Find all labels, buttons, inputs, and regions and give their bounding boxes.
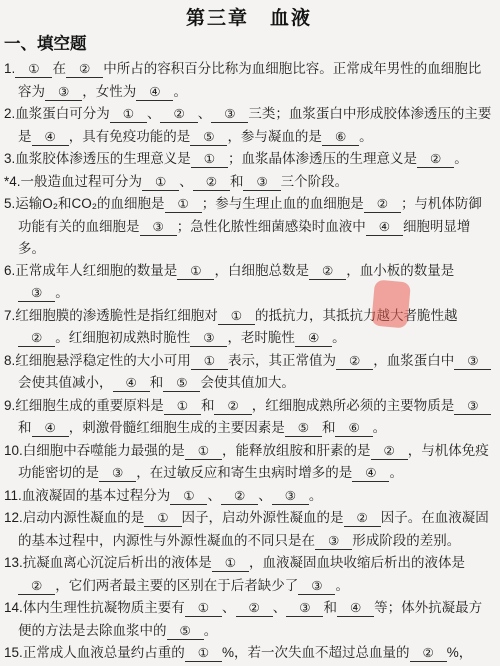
question-text: 白细胞中吞噬能力最强的是 [23, 443, 185, 458]
question-text: 、 [179, 174, 193, 189]
blank-field: ③ [454, 399, 491, 415]
question-number: *4. [4, 174, 21, 189]
blank-field: ② [66, 62, 103, 78]
blank-field: ③ [286, 601, 323, 617]
question-number: 3. [4, 151, 15, 166]
question-text: 。 [389, 465, 403, 480]
question-item: 15.正常成人血液总量约占重的①%，若一次失血不超过总血量的②%， [4, 642, 494, 665]
question-text: 和 [322, 420, 336, 435]
blank-field: ② [193, 175, 230, 191]
question-text: ，老时脆性 [227, 330, 295, 345]
question-number: 8. [4, 353, 15, 368]
blank-field: ③ [298, 579, 335, 595]
blank-field: ③ [272, 489, 309, 505]
blank-field: ② [371, 444, 408, 460]
blank-field: ③ [454, 354, 491, 370]
question-text: ，参与凝血的是 [227, 129, 322, 144]
blank-field: ① [142, 175, 179, 191]
blank-field: ④ [366, 220, 403, 236]
question-text: ，红细胞成熟所必须的主要物质是 [252, 398, 455, 413]
question-text: 红细胞膜的渗透脆性是指红细胞对 [15, 308, 218, 323]
question-text: ，它们两者最主要的区别在于后者缺少了 [55, 578, 298, 593]
worksheet-page: 第三章 血液 一、填空题 1.①在②中所占的容积百分比称为血细胞比容。正常成年男… [0, 0, 500, 665]
blank-field: ⑥ [335, 421, 372, 437]
question-text: 会使其值加大。 [200, 375, 295, 390]
blank-field: ② [18, 331, 55, 347]
question-text: %，若一次失血不超过总血量的 [222, 645, 410, 660]
question-text: 、 [222, 600, 236, 615]
question-text: 、 [147, 106, 161, 121]
blank-field: ③ [18, 286, 55, 302]
question-number: 12. [4, 510, 23, 525]
question-text: 。 [373, 420, 387, 435]
question-text: 。红细胞初成熟时脆性 [55, 330, 190, 345]
question-text: 。 [55, 285, 69, 300]
blank-field: ④ [32, 421, 69, 437]
section-heading: 一、填空题 [4, 34, 494, 56]
question-text: 。 [309, 488, 323, 503]
blank-field: ① [185, 444, 222, 460]
blank-field: ③ [99, 466, 136, 482]
blank-field: ⑤ [167, 624, 204, 640]
red-marked-text: 越大 [376, 308, 403, 323]
question-text: ，在过敏反应和寄生虫病时增多的是 [136, 465, 352, 480]
question-text: 血浆蛋白可分为 [15, 106, 110, 121]
question-item: 3.血浆胶体渗透压的生理意义是①；血浆晶体渗透压的生理意义是②。 [4, 148, 494, 171]
question-text: 和 [201, 398, 215, 413]
question-list: 1.①在②中所占的容积百分比称为血细胞比容。正常成年男性的血细胞比容为③，女性为… [4, 58, 494, 665]
blank-field: ② [344, 511, 381, 527]
question-item: 13.抗凝血离心沉淀后析出的液体是①，血液凝固血块收缩后析出的液体是②，它们两者… [4, 552, 494, 597]
blank-field: ① [15, 62, 52, 78]
question-number: 10. [4, 443, 23, 458]
blank-field: ① [185, 601, 222, 617]
question-text: ，女性为 [82, 84, 136, 99]
blank-field: ④ [352, 466, 389, 482]
blank-field: ① [165, 197, 202, 213]
blank-field: ③ [45, 85, 82, 101]
blank-field: ② [214, 399, 251, 415]
question-text: 。 [454, 151, 468, 166]
blank-field: ① [212, 556, 249, 572]
question-text: 形成阶段的差别。 [352, 533, 460, 548]
question-text: 因子，启动外源性凝血的是 [182, 510, 344, 525]
question-number: 5. [4, 196, 15, 211]
blank-field: ② [160, 107, 197, 123]
blank-field: ② [410, 646, 447, 662]
question-number: 14. [4, 600, 23, 615]
question-item: 11.血液凝固的基本过程分为①、②、③。 [4, 485, 494, 508]
question-text: 表示，其正常值为 [228, 353, 336, 368]
blank-field: ① [218, 309, 255, 325]
question-text: 抗凝血离心沉淀后析出的液体是 [23, 555, 212, 570]
question-text: ，血液凝固血块收缩后析出的液体是 [249, 555, 465, 570]
blank-field: ① [191, 354, 228, 370]
question-text: 三个阶段。 [281, 174, 349, 189]
blank-field: ② [18, 579, 55, 595]
blank-field: ② [221, 489, 258, 505]
blank-field: ① [110, 107, 147, 123]
question-text: 。 [173, 84, 187, 99]
blank-field: ② [236, 601, 273, 617]
blank-field: ⑤ [190, 130, 227, 146]
blank-field: ② [309, 264, 346, 280]
blank-field: ① [185, 646, 222, 662]
question-text: 体内生理性抗凝物质主要有 [23, 600, 185, 615]
question-text: 、 [273, 600, 287, 615]
question-text: ，血小板的数量是 [346, 263, 454, 278]
blank-field: ③ [190, 331, 227, 347]
question-text: 会使其值减小， [18, 375, 113, 390]
question-text: %， [447, 645, 473, 660]
question-item: 1.①在②中所占的容积百分比称为血细胞比容。正常成年男性的血细胞比容为③，女性为… [4, 58, 494, 103]
blank-field: ④ [113, 376, 150, 392]
question-text: 红细胞生成的重要原料是 [15, 398, 164, 413]
question-text: 。 [359, 129, 373, 144]
question-text: 、 [207, 488, 221, 503]
question-item: *4.一般造血过程可分为①、②和③三个阶段。 [4, 171, 494, 194]
question-item: 10.白细胞中吞噬能力最强的是①，能释放组胺和肝素的是②，与机体免疫功能密切的是… [4, 440, 494, 485]
question-text: 正常成人血液总量约占重的 [23, 645, 185, 660]
question-number: 11. [4, 488, 22, 503]
blank-field: ① [164, 399, 201, 415]
blank-field: ③ [140, 220, 177, 236]
blank-field: ⑥ [322, 130, 359, 146]
question-item: 2.血浆蛋白可分为①、②、③三类；血浆蛋白中形成胶体渗透压的主要是④，具有免疫功… [4, 103, 494, 148]
question-text: 红细胞悬浮稳定性的大小可用 [15, 353, 191, 368]
blank-field: ⑤ [163, 376, 200, 392]
question-text: ，刺激骨髓红细胞生成的主要因素是 [69, 420, 285, 435]
question-text: ；急性化脓性细菌感染时血液中 [177, 219, 366, 234]
question-text: 血液凝固的基本过程分为 [22, 488, 171, 503]
question-item: 8.红细胞悬浮稳定性的大小可用①表示，其正常值为②，血浆蛋白中③会使其值减小，④… [4, 350, 494, 395]
question-text: 、 [198, 106, 212, 121]
blank-field: ③ [315, 534, 352, 550]
question-text: 和 [230, 174, 244, 189]
blank-field: ① [144, 511, 181, 527]
blank-field: ① [177, 264, 214, 280]
question-number: 1. [4, 61, 15, 76]
question-text: ；血浆晶体渗透压的生理意义是 [228, 151, 417, 166]
question-text: ，能释放组胺和肝素的是 [222, 443, 371, 458]
blank-field: ④ [295, 331, 332, 347]
question-text: 正常成年人红细胞的数量是 [15, 263, 177, 278]
blank-field: ① [191, 152, 228, 168]
blank-field: ④ [337, 601, 374, 617]
blank-field: ④ [32, 130, 69, 146]
question-number: 2. [4, 106, 15, 121]
question-text: ；参与生理止血的血细胞是 [202, 196, 364, 211]
question-text: 在 [52, 61, 66, 76]
question-text: 和 [18, 420, 32, 435]
question-text: 和 [150, 375, 164, 390]
question-text: 的抵抗力，其抵抗力 [255, 308, 377, 323]
question-text: 。 [204, 623, 218, 638]
question-text: 血浆胶体渗透压的生理意义是 [15, 151, 191, 166]
question-text: 和 [323, 600, 337, 615]
question-text: ，具有免疫功能的是 [69, 129, 191, 144]
question-text: ，白细胞总数是 [214, 263, 309, 278]
question-number: 9. [4, 398, 15, 413]
question-text: 。 [332, 330, 346, 345]
blank-field: ② [417, 152, 454, 168]
blank-field: ③ [211, 107, 248, 123]
question-item: 14.体内生理性抗凝物质主要有①、②、③和④等；体外抗凝最方便的方法是去除血浆中… [4, 597, 494, 642]
blank-field: ② [364, 197, 401, 213]
question-item: 6.正常成年人红细胞的数量是①，白细胞总数是②，血小板的数量是③。 [4, 260, 494, 305]
blank-field: ⑤ [285, 421, 322, 437]
question-item: 7.红细胞膜的渗透脆性是指红细胞对①的抵抗力，其抵抗力越大者脆性越②。红细胞初成… [4, 305, 494, 350]
blank-field: ② [336, 354, 373, 370]
question-text: 一般造血过程可分为 [21, 174, 143, 189]
blank-field: ③ [243, 175, 280, 191]
question-text: 、 [258, 488, 272, 503]
question-item: 5.运输O₂和CO₂的血细胞是①；参与生理止血的血细胞是②；与机体防御功能有关的… [4, 193, 494, 260]
blank-field: ① [170, 489, 207, 505]
question-item: 9.红细胞生成的重要原料是①和②，红细胞成熟所必须的主要物质是③和④，刺激骨髓红… [4, 395, 494, 440]
question-text: 者脆性越 [403, 308, 457, 323]
blank-field: ④ [136, 85, 173, 101]
question-number: 13. [4, 555, 23, 570]
question-text: 运输O₂和CO₂的血细胞是 [15, 196, 164, 211]
question-text: 启动内源性凝血的是 [23, 510, 145, 525]
question-number: 7. [4, 308, 15, 323]
question-text: ，血浆蛋白中 [373, 353, 454, 368]
question-number: 6. [4, 263, 15, 278]
question-number: 15. [4, 645, 23, 660]
question-item: 12.启动内源性凝血的是①因子，启动外源性凝血的是②因子。在血液凝固的基本过程中… [4, 507, 494, 552]
question-text: 。 [335, 578, 349, 593]
chapter-title: 第三章 血液 [4, 4, 494, 33]
